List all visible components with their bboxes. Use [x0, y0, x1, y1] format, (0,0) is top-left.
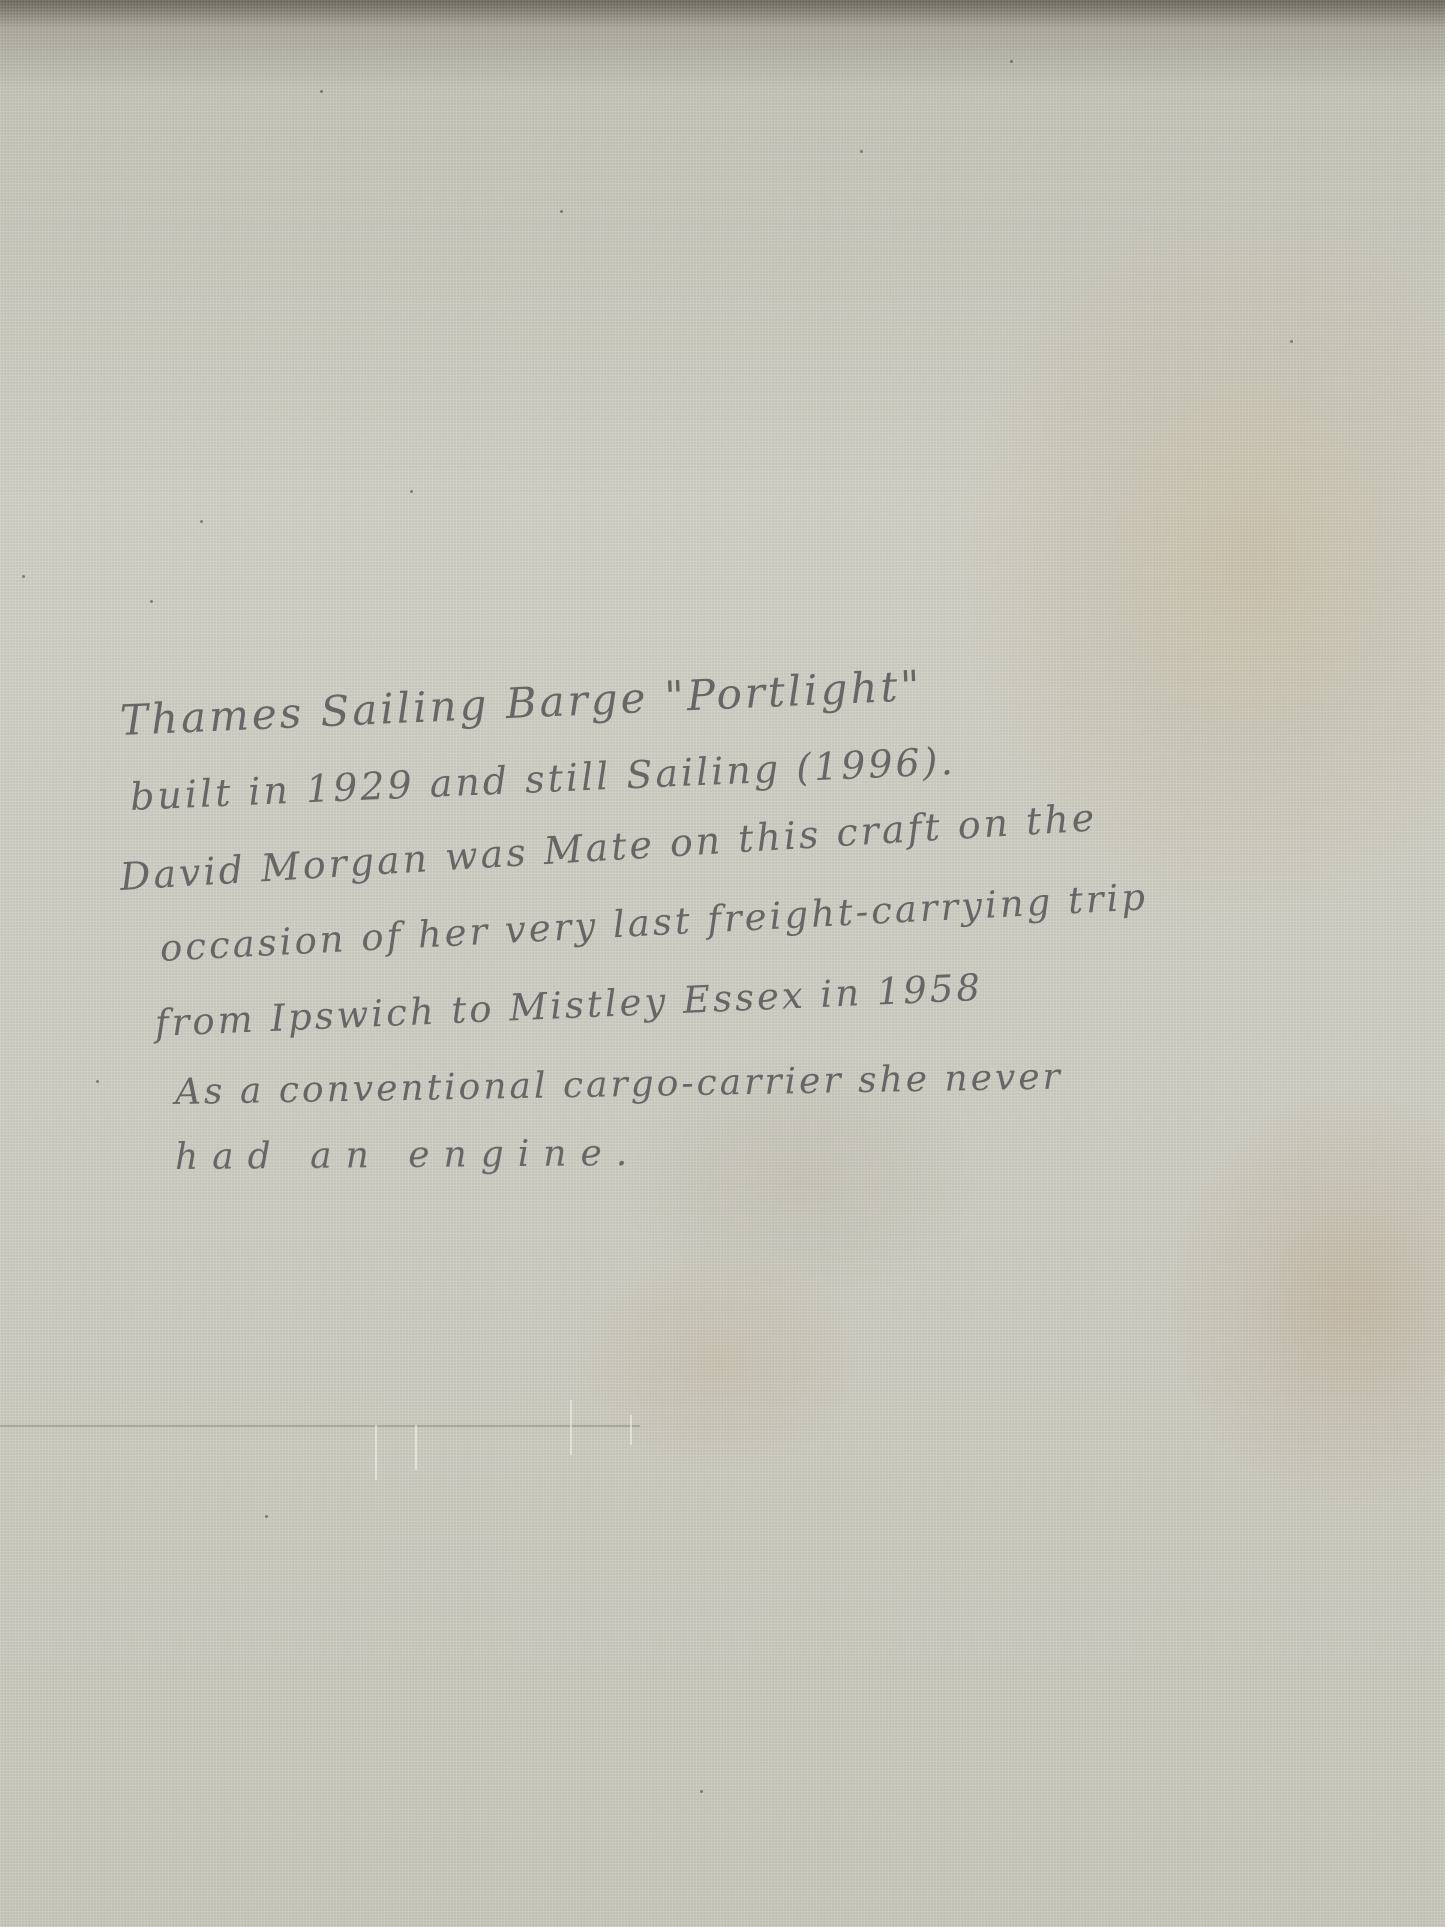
canvas-fold-mark	[630, 1415, 632, 1445]
canvas-fold-mark	[375, 1425, 377, 1480]
canvas-fold-line	[0, 1425, 640, 1427]
canvas-fold-mark	[570, 1400, 572, 1455]
canvas-fold-mark	[415, 1425, 417, 1470]
note-line: had an engine.	[175, 1136, 642, 1176]
